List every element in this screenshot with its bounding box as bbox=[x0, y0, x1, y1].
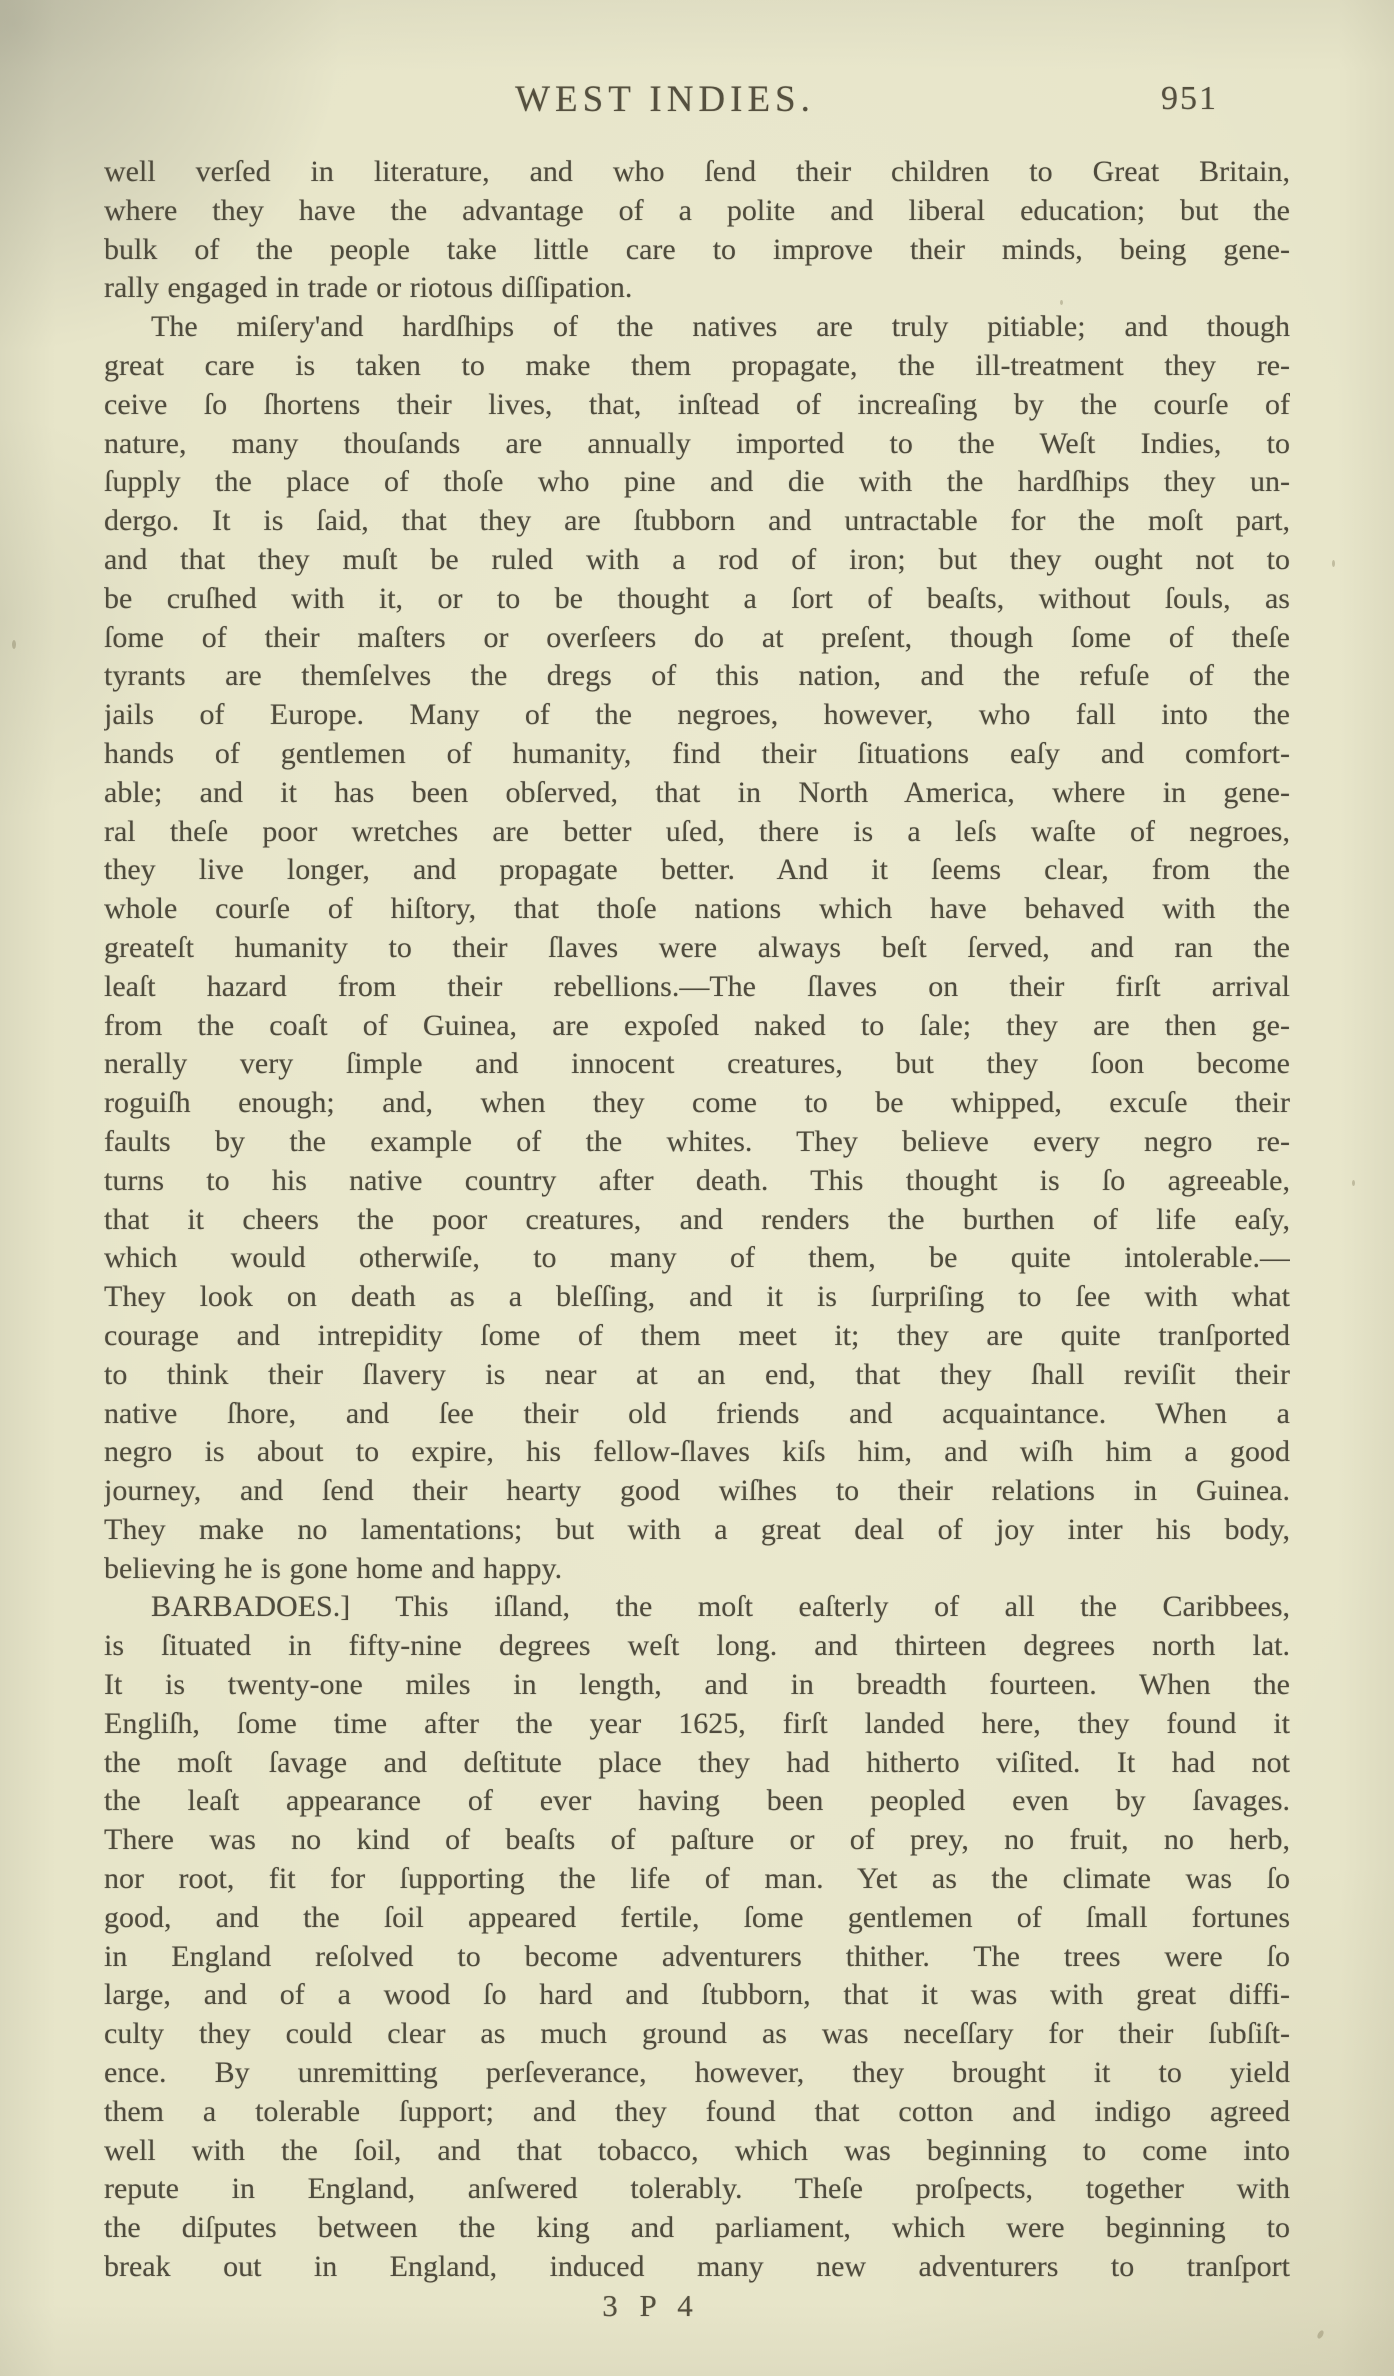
paragraph: well verſed in literature, and who ſend … bbox=[104, 153, 1290, 308]
text-line: hands of gentlemen of humanity, find the… bbox=[104, 735, 1290, 774]
text-line: ſome of their maſters or overſeers do at… bbox=[104, 619, 1290, 658]
text-line: journey, and ſend their hearty good wiſh… bbox=[104, 1472, 1290, 1511]
page-number: 951 bbox=[1161, 80, 1218, 118]
text-line: nor root, fit for ſupporting the life of… bbox=[104, 1860, 1290, 1899]
text-line: them a tolerable ſupport; and they found… bbox=[104, 2093, 1290, 2132]
text-line: They make no lamentations; but with a gr… bbox=[104, 1511, 1290, 1550]
text-line: be cruſhed with it, or to be thought a ſ… bbox=[104, 580, 1290, 619]
text-line: from the coaſt of Guinea, are expoſed na… bbox=[104, 1007, 1290, 1046]
text-line: There was no kind of beaſts of paſture o… bbox=[104, 1821, 1290, 1860]
text-line: The miſery'and hardſhips of the natives … bbox=[104, 308, 1290, 347]
text-line: large, and of a wood ſo hard and ſtubbor… bbox=[104, 1976, 1290, 2015]
text-line: ral theſe poor wretches are better uſed,… bbox=[104, 813, 1290, 852]
text-line: negro is about to expire, his fellow-ſla… bbox=[104, 1433, 1290, 1472]
text-line: bulk of the people take little care to i… bbox=[104, 231, 1290, 270]
text-line: believing he is gone home and happy. bbox=[104, 1550, 1290, 1589]
scanned-book-page: WEST INDIES. 951 well verſed in literatu… bbox=[0, 0, 1394, 2376]
text-line: courage and intrepidity ſome of them mee… bbox=[104, 1317, 1290, 1356]
text-line: They look on death as a bleſſing, and it… bbox=[104, 1278, 1290, 1317]
text-line: jails of Europe. Many of the negroes, ho… bbox=[104, 696, 1290, 735]
text-line: great care is taken to make them propaga… bbox=[104, 347, 1290, 386]
paper-speck bbox=[1332, 560, 1335, 567]
signature-mark: 3 P 4 bbox=[0, 2288, 1348, 2324]
text-line: nature, many thouſands are annually impo… bbox=[104, 425, 1290, 464]
text-line: greateſt humanity to their ſlaves were a… bbox=[104, 929, 1290, 968]
paragraph: The miſery'and hardſhips of the natives … bbox=[104, 308, 1290, 1588]
text-line: leaſt hazard from their rebellions.—The … bbox=[104, 968, 1290, 1007]
text-line: in England reſolved to become adventurer… bbox=[104, 1938, 1290, 1977]
paper-speck bbox=[12, 640, 16, 649]
text-line: dergo. It is ſaid, that they are ſtubbor… bbox=[104, 502, 1290, 541]
text-line: ſupply the place of thoſe who pine and d… bbox=[104, 463, 1290, 502]
text-line: good, and the ſoil appeared fertile, ſom… bbox=[104, 1899, 1290, 1938]
text-line: culty they could clear as much ground as… bbox=[104, 2015, 1290, 2054]
text-line: ence. By unremitting perſeverance, howev… bbox=[104, 2054, 1290, 2093]
text-line: rally engaged in trade or riotous diſſip… bbox=[104, 269, 1290, 308]
text-line: native ſhore, and ſee their old friends … bbox=[104, 1395, 1290, 1434]
text-line: turns to his native country after death.… bbox=[104, 1162, 1290, 1201]
text-line: tyrants are themſelves the dregs of this… bbox=[104, 657, 1290, 696]
text-line: which would otherwiſe, to many of them, … bbox=[104, 1239, 1290, 1278]
text-line: whole courſe of hiſtory, that thoſe nati… bbox=[104, 890, 1290, 929]
text-line: faults by the example of the whites. The… bbox=[104, 1123, 1290, 1162]
text-line: repute in England, anſwered tolerably. T… bbox=[104, 2170, 1290, 2209]
text-line: where they have the advantage of a polit… bbox=[104, 192, 1290, 231]
paper-speck bbox=[1352, 1180, 1355, 1186]
text-line: nerally very ſimple and innocent creatur… bbox=[104, 1045, 1290, 1084]
text-line: the leaſt appearance of ever having been… bbox=[104, 1782, 1290, 1821]
text-line: the diſputes between the king and parlia… bbox=[104, 2209, 1290, 2248]
text-line: and that they muſt be ruled with a rod o… bbox=[104, 541, 1290, 580]
text-line: Engliſh, ſome time after the year 1625, … bbox=[104, 1705, 1290, 1744]
text-line: roguiſh enough; and, when they come to b… bbox=[104, 1084, 1290, 1123]
paragraph: BARBADOES.] This iſland, the moſt eaſter… bbox=[104, 1588, 1290, 2286]
text-line: BARBADOES.] This iſland, the moſt eaſter… bbox=[104, 1588, 1290, 1627]
text-line: that it cheers the poor creatures, and r… bbox=[104, 1201, 1290, 1240]
paper-speck bbox=[1316, 2329, 1325, 2339]
text-line: break out in England, induced many new a… bbox=[104, 2248, 1290, 2287]
text-line: the moſt ſavage and deſtitute place they… bbox=[104, 1744, 1290, 1783]
running-head-title: WEST INDIES. bbox=[0, 78, 1362, 121]
text-line: able; and it has been obſerved, that in … bbox=[104, 774, 1290, 813]
text-line: is ſituated in fifty-nine degrees weſt l… bbox=[104, 1627, 1290, 1666]
page-body: well verſed in literature, and who ſend … bbox=[104, 153, 1290, 2287]
text-line: well with the ſoil, and that tobacco, wh… bbox=[104, 2132, 1290, 2171]
text-line: they live longer, and propagate better. … bbox=[104, 851, 1290, 890]
text-line: ceive ſo ſhortens their lives, that, inſ… bbox=[104, 386, 1290, 425]
text-line: It is twenty-one miles in length, and in… bbox=[104, 1666, 1290, 1705]
text-line: to think their ſlavery is near at an end… bbox=[104, 1356, 1290, 1395]
text-line: well verſed in literature, and who ſend … bbox=[104, 153, 1290, 192]
